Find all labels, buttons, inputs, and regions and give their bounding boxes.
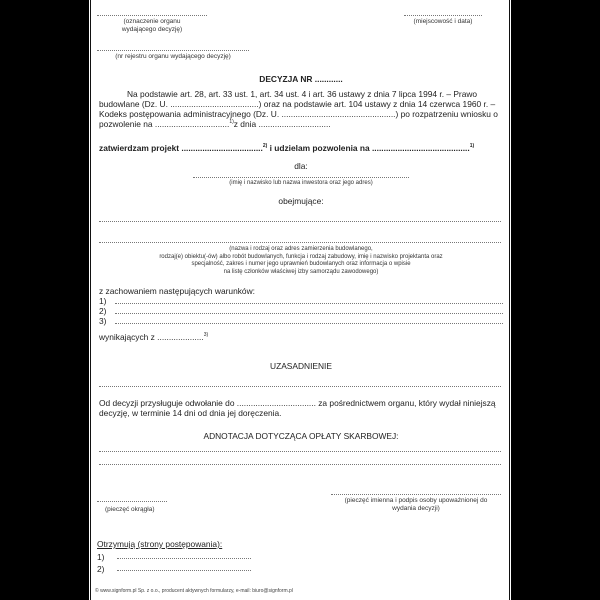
signature-field[interactable]: [331, 494, 501, 495]
issuer-caption: (oznaczenie organu wydającego decyzję): [97, 18, 207, 34]
registry-caption: (nr rejestru organu wydającego decyzję): [97, 53, 249, 61]
recipient-field[interactable]: [117, 570, 251, 571]
issuer-field[interactable]: [97, 15, 207, 16]
for-label: dla:: [91, 161, 511, 171]
recipients-list: 1) 2): [97, 550, 257, 574]
investor-field[interactable]: [193, 177, 409, 178]
footnote-ref: 1): [470, 143, 474, 149]
approval-line: zatwierdzam projekt ....................…: [99, 143, 509, 153]
fee-field-2[interactable]: [99, 464, 501, 465]
project-description-field-1[interactable]: [99, 221, 501, 222]
fee-title: ADNOTACJA DOTYCZĄCA OPŁATY SKARBOWEJ:: [91, 431, 511, 441]
application-field[interactable]: pozwolenie na ..........................…: [99, 119, 229, 129]
application-date-field[interactable]: z dnia ...............................: [234, 119, 331, 129]
condition-item: 2): [99, 306, 503, 316]
fee-field-1[interactable]: [99, 451, 501, 452]
investor-caption: (imię i nazwisko lub nazwa inwestora ora…: [91, 180, 511, 188]
condition-item: 3): [99, 316, 503, 326]
recipient-item: 2): [97, 562, 257, 574]
preamble-line: Na podstawie art. 28, art. 33 ust. 1, ar…: [99, 89, 503, 99]
preamble-line: Kodeks postępowania administracyjnego (D…: [99, 109, 503, 119]
condition-field[interactable]: [115, 313, 503, 314]
recipient-item: 1): [97, 550, 257, 562]
condition-field[interactable]: [115, 303, 503, 304]
preamble: Na podstawie art. 28, art. 33 ust. 1, ar…: [99, 89, 503, 129]
round-stamp-caption: (pieczęć okrągła): [105, 506, 185, 514]
appeal-line: Od decyzji przysługuje odwołanie do ....…: [99, 398, 503, 408]
appeal-notice: Od decyzji przysługuje odwołanie do ....…: [99, 398, 503, 418]
recipient-number: 2): [97, 564, 117, 574]
condition-number: 2): [99, 306, 115, 316]
project-description-field-2[interactable]: [99, 242, 501, 243]
justification-field[interactable]: [99, 386, 501, 387]
condition-item: 1): [99, 296, 503, 306]
condition-number: 1): [99, 296, 115, 306]
project-caption-line: specjalność, zakres i numer jego uprawni…: [91, 261, 511, 269]
condition-field[interactable]: [115, 323, 503, 324]
recipient-number: 1): [97, 552, 117, 562]
recipient-field[interactable]: [117, 558, 251, 559]
footer-copyright: © www.signform.pl Sp. z o.o., producent …: [95, 588, 505, 594]
project-caption: (nazwa i rodzaj oraz adres zamierzenia b…: [91, 246, 511, 276]
issuer-caption-line2: wydającego decyzję): [97, 26, 207, 34]
footnote-ref: 3): [204, 332, 208, 338]
place-date-caption: (miejscowość i data): [394, 18, 492, 26]
signature-caption-line: wydania decyzji): [326, 505, 506, 513]
place-date-field[interactable]: [404, 15, 482, 16]
registry-field[interactable]: [97, 50, 249, 51]
project-field[interactable]: zatwierdzam projekt ....................…: [99, 143, 263, 153]
conditions-label: z zachowaniem następujących warunków:: [99, 286, 499, 296]
project-caption-line: (nazwa i rodzaj oraz adres zamierzenia b…: [91, 246, 511, 254]
preamble-line: budowlane (Dz. U. ......................…: [99, 99, 503, 109]
signature-caption: (pieczęć imienna i podpis osoby upoważni…: [326, 497, 506, 513]
recipients-label: Otrzymują (strony postępowania):: [97, 539, 297, 549]
appeal-line: decyzję, w terminie 14 dni od dnia jej d…: [99, 408, 503, 418]
project-caption-line: na listę członków właściwej izby samorzą…: [91, 269, 511, 277]
document-page: (oznaczenie organu wydającego decyzję) (…: [90, 0, 510, 600]
signature-caption-line: (pieczęć imienna i podpis osoby upoważni…: [326, 497, 506, 505]
preamble-line: pozwolenie na ..........................…: [99, 119, 503, 129]
covering-label: obejmujące:: [91, 196, 511, 206]
resulting-from-field[interactable]: wynikających z ....................: [99, 332, 204, 342]
permit-field[interactable]: i udzielam pozwolenia na ...............…: [267, 143, 469, 153]
project-caption-line: rodzaj(e) obiektu(-ów) albo robót budowl…: [91, 254, 511, 262]
issuer-caption-line1: (oznaczenie organu: [97, 18, 207, 26]
condition-number: 3): [99, 316, 115, 326]
justification-title: UZASADNIENIE: [91, 361, 511, 371]
document-title: DECYZJA NR ............: [91, 74, 511, 84]
round-stamp-field[interactable]: [97, 501, 167, 502]
resulting-from: wynikających z ....................3): [99, 332, 399, 342]
conditions-list: 1) 2) 3): [99, 296, 503, 326]
